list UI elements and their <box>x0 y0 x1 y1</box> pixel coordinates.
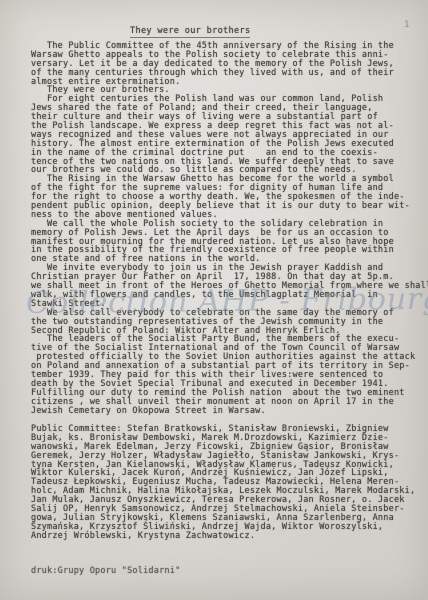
text-line: Andrzej Wróblewski, Krystyna Zachwatowic… <box>31 532 423 541</box>
printer-imprint: druk:Grupy Oporu "Solidarni" <box>31 566 180 576</box>
body-text-block: The Public Committee of the 45th anniver… <box>31 42 423 415</box>
page-corner-mark: 1 <box>404 20 409 30</box>
scanned-leaflet-page: 1 They were our brothers The Public Comm… <box>0 0 428 600</box>
text-line: Jewish Cemetary on Okopowa Street in War… <box>31 407 423 416</box>
committee-list-block: Public Committee: Stefan Bratkowski, Sta… <box>31 425 423 541</box>
document-title: They were our brothers <box>130 26 250 38</box>
